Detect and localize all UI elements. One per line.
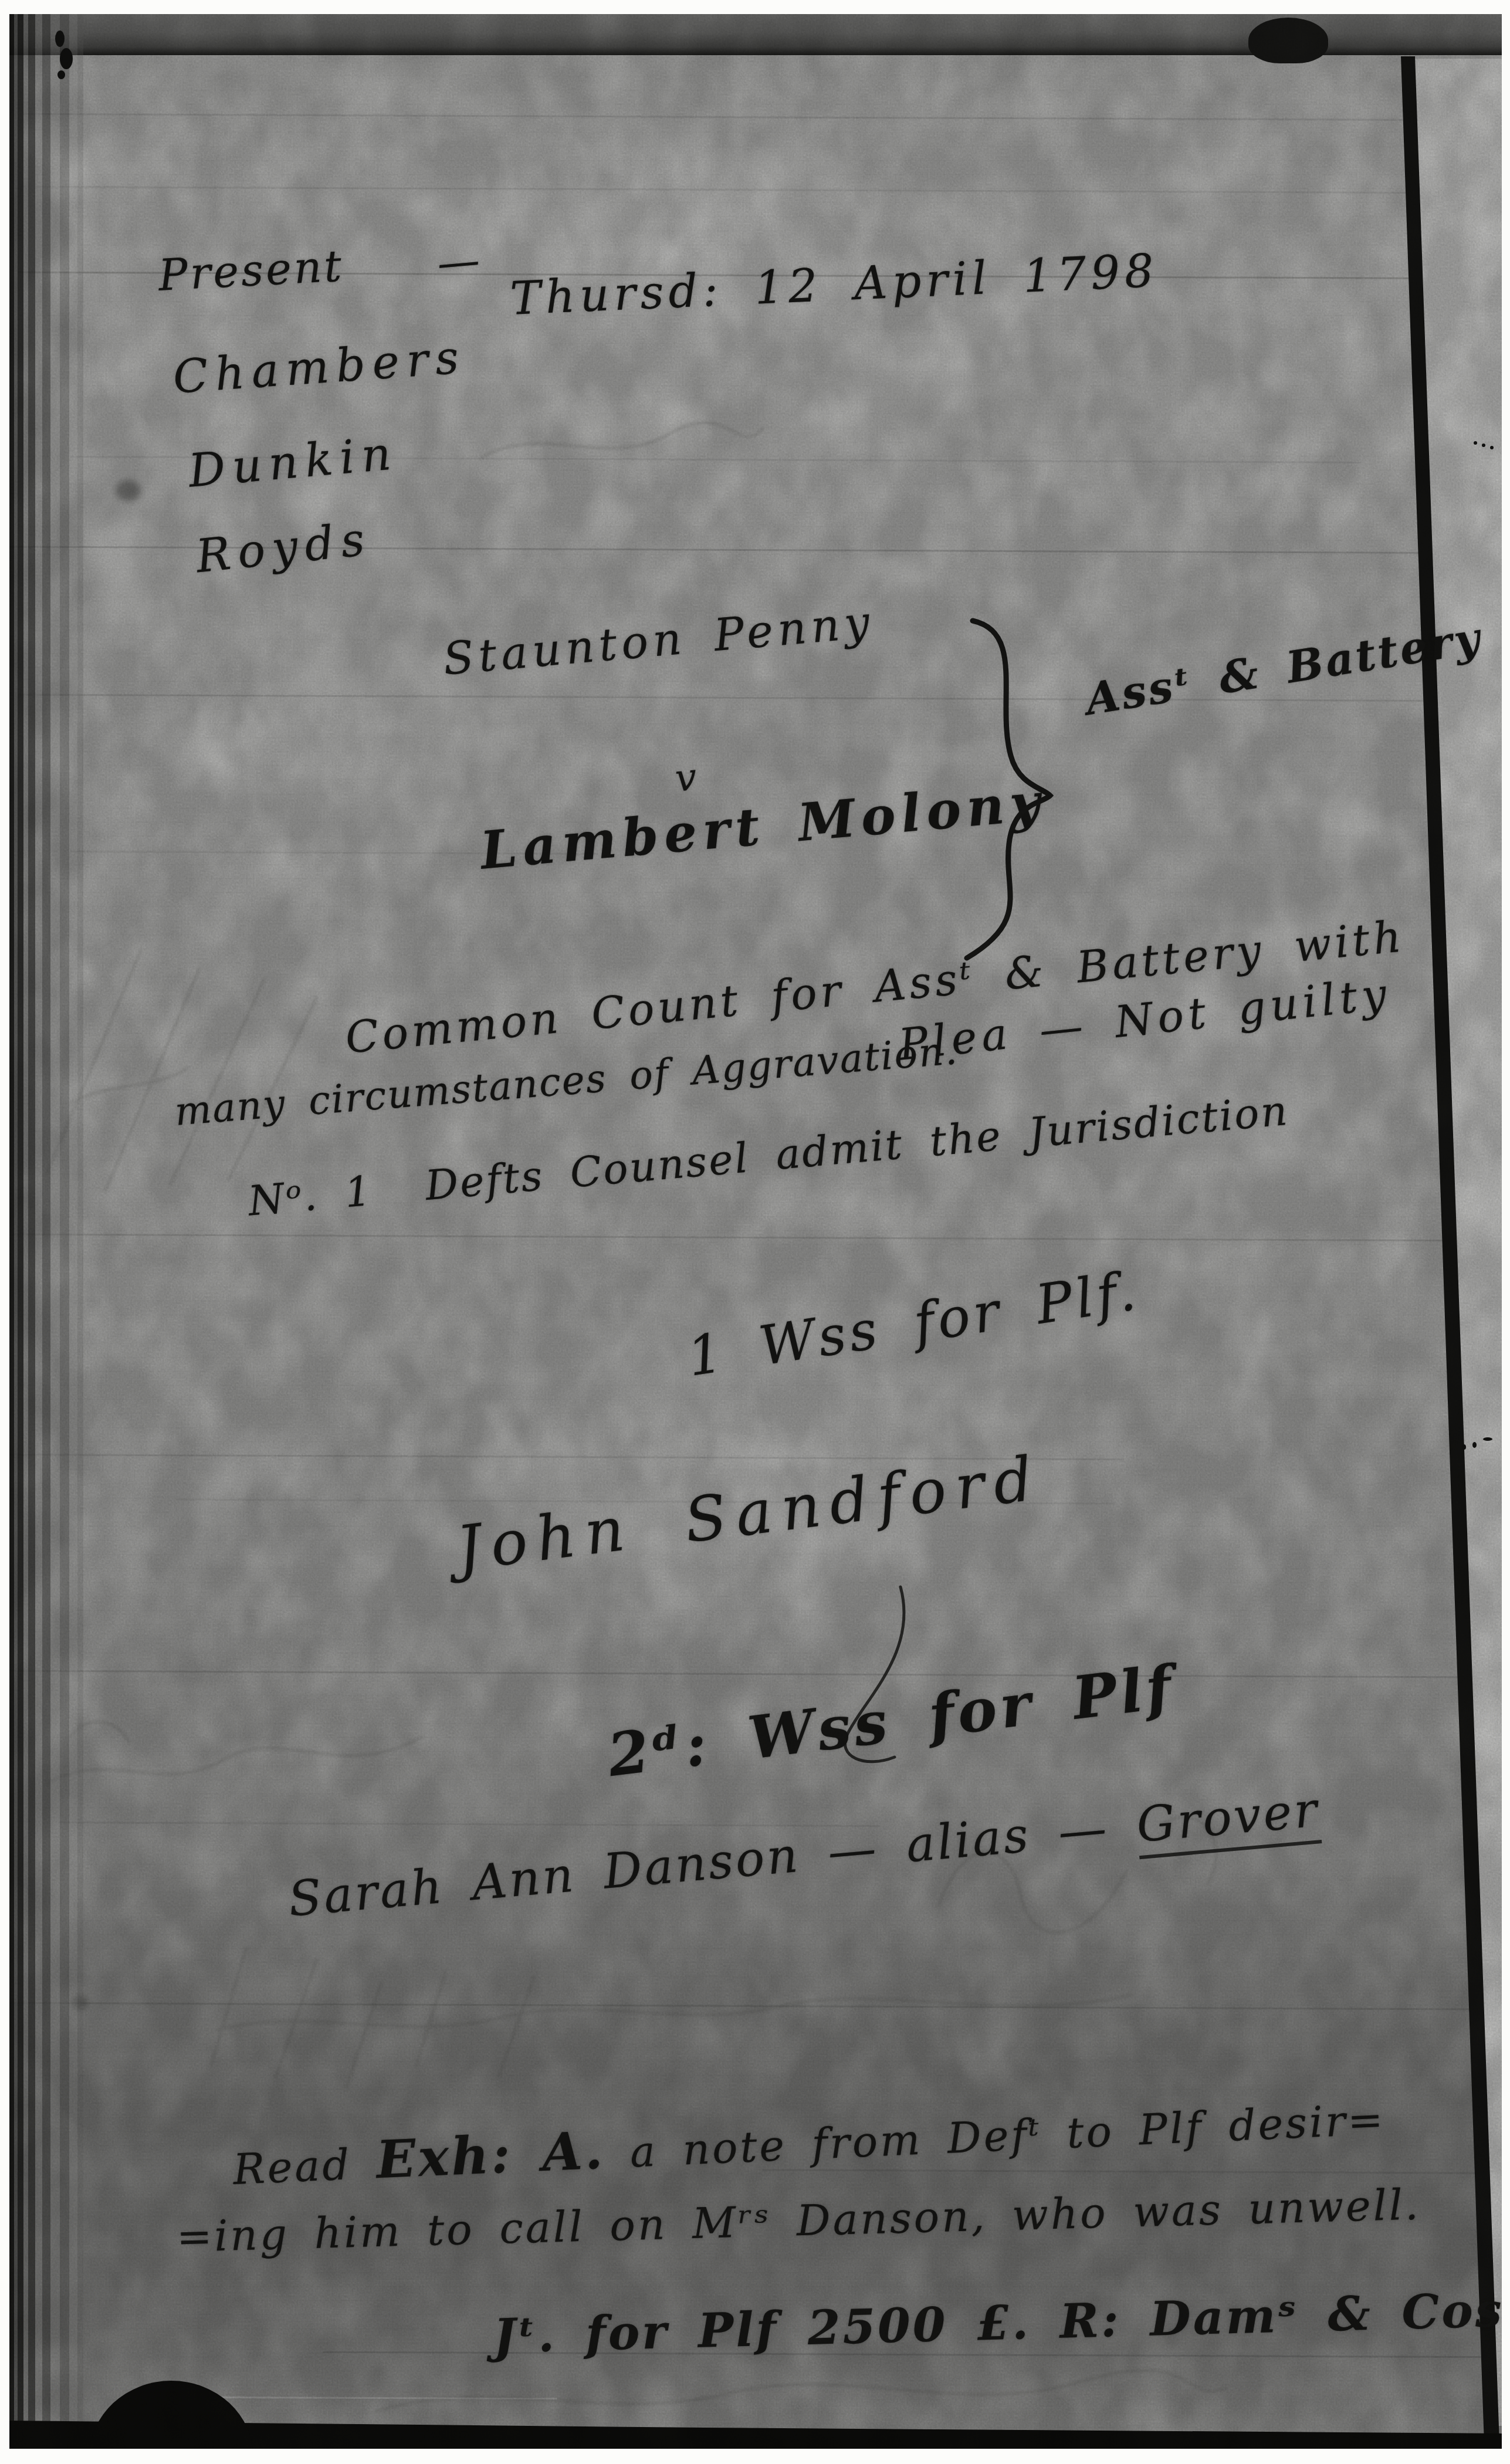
smudge-stain [115, 480, 141, 501]
scan-border-bottom [0, 2449, 1510, 2464]
ink-speck [1483, 1437, 1492, 1441]
ink-speck [1472, 1442, 1477, 1448]
ink-speck [1462, 1444, 1466, 1450]
bleedthrough-ghost [35, 1666, 446, 1830]
manuscript-scan: Present — Chambers Dunkin Royds Thursd: … [0, 0, 1510, 2464]
versus-mark: v [673, 756, 700, 801]
scan-border-top [0, 0, 1510, 14]
read-word: Read [232, 2138, 378, 2194]
scan-border-right [1502, 0, 1510, 2464]
present-label: Present [157, 241, 345, 301]
bleedthrough-ghost [469, 375, 774, 493]
case-brace [955, 615, 1067, 967]
ink-speck [1474, 441, 1477, 445]
ink-speck [1482, 444, 1485, 447]
book-binding-gutter [9, 14, 87, 2449]
scan-border-left [0, 0, 9, 2464]
bleedthrough-ghost [194, 1913, 1367, 2106]
ink-blot [60, 48, 73, 69]
ink-blot [57, 70, 65, 79]
page-edge-bump [1248, 18, 1328, 63]
ink-speck [1490, 446, 1494, 449]
ink-blot [55, 31, 65, 47]
exhibit-label: Exh: A. [375, 2119, 606, 2190]
present-dash: — [435, 235, 484, 287]
